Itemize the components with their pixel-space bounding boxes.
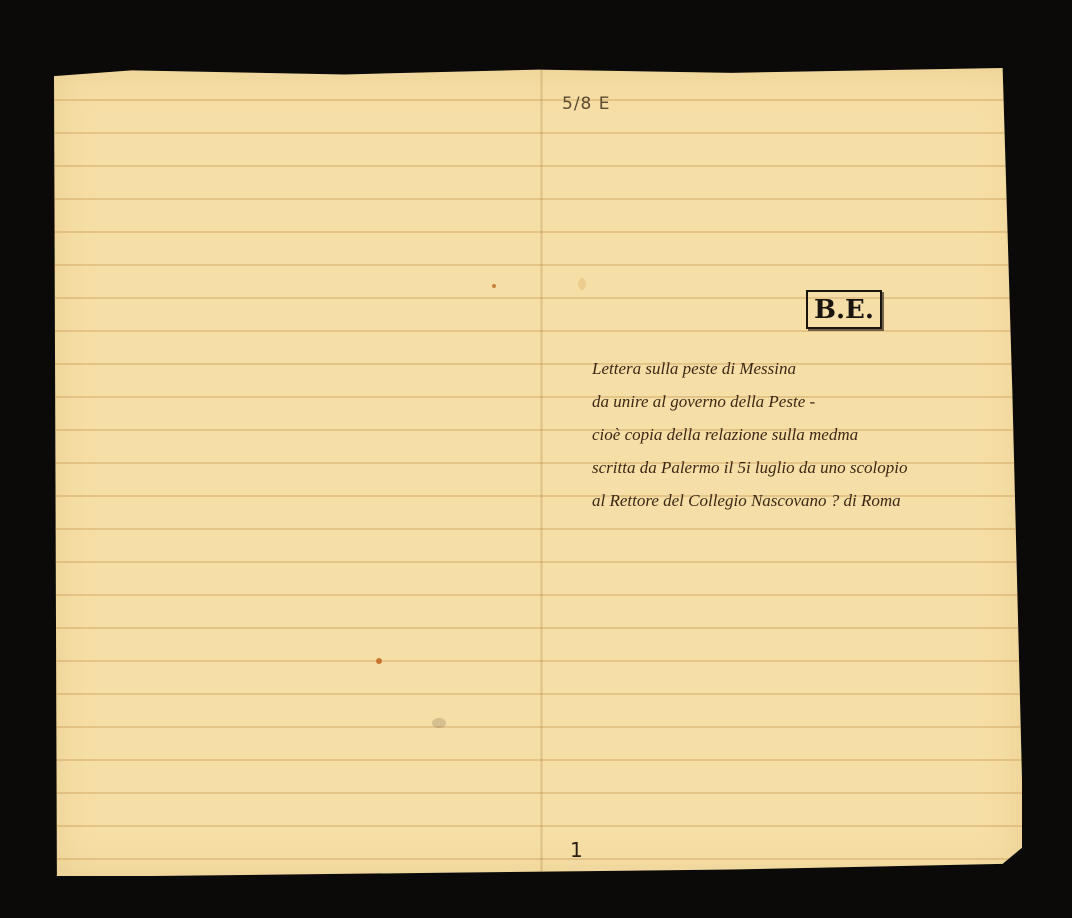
manuscript-sheet: 5/8 E B.E. Lettera sulla peste di Messin… bbox=[54, 68, 1022, 876]
stain-spot bbox=[432, 718, 446, 728]
stain-spot bbox=[376, 658, 382, 664]
title-line: al Rettore del Collegio Nascovano ? di R… bbox=[592, 484, 1032, 517]
stain-spot bbox=[578, 278, 586, 290]
shelfmark-label: 5/8 E bbox=[562, 94, 611, 114]
archive-stamp: B.E. bbox=[806, 290, 882, 329]
title-line: Lettera sulla peste di Messina bbox=[592, 352, 1032, 385]
title-line: cioè copia della relazione sulla medma bbox=[592, 418, 1032, 451]
title-line: da unire al governo della Peste - bbox=[592, 385, 1032, 418]
page-number: 1 bbox=[570, 838, 583, 862]
center-fold bbox=[540, 68, 543, 876]
stain-spot bbox=[492, 284, 496, 288]
handwritten-title: Lettera sulla peste di Messina da unire … bbox=[592, 352, 1032, 517]
title-line: scritta da Palermo il 5i luglio da uno s… bbox=[592, 451, 1032, 484]
